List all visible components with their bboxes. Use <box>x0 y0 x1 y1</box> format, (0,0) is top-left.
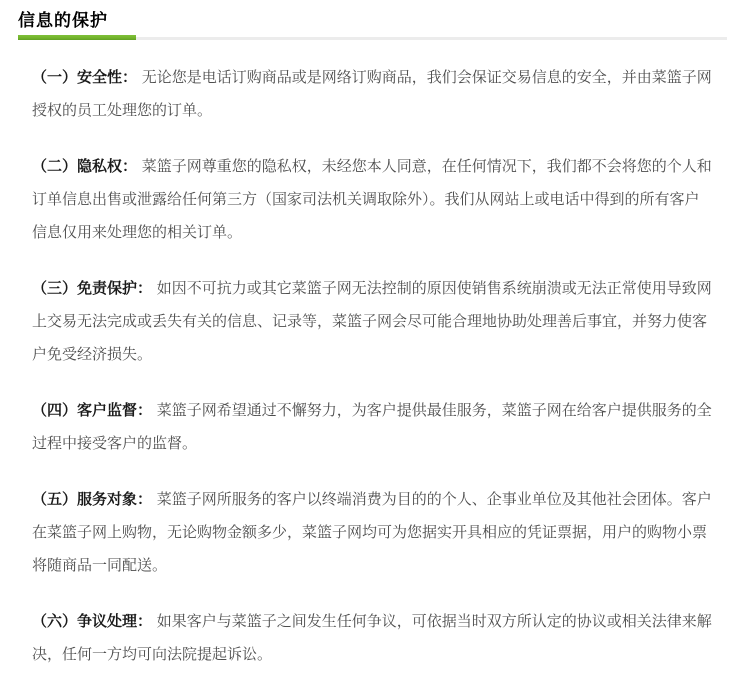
content-area: （一）安全性： 无论您是电话订购商品或是网络订购商品，我们会保证交易信息的安全，… <box>0 41 744 671</box>
clause-dispute-resolution: （六）争议处理： 如果客户与菜篮子之间发生任何争议，可依据当时双方所认定的协议或… <box>32 605 714 671</box>
clause-privacy: （二）隐私权： 菜篮子网尊重您的隐私权，未经您本人同意，在任何情况下，我们都不会… <box>32 150 714 249</box>
clause-dispute-resolution-label: （六）争议处理： <box>32 612 152 630</box>
page-header: 信息的保护 <box>0 0 744 41</box>
clause-service-targets: （五）服务对象： 菜篮子网所服务的客户以终端消费为目的的个人、企事业单位及其他社… <box>32 483 714 582</box>
clause-customer-supervision: （四）客户监督： 菜篮子网希望通过不懈努力，为客户提供最佳服务，菜篮子网在给客户… <box>32 394 714 460</box>
clause-service-targets-label: （五）服务对象： <box>32 490 152 508</box>
clause-security-label: （一）安全性： <box>32 68 137 86</box>
info-protection-page: 信息的保护 （一）安全性： 无论您是电话订购商品或是网络订购商品，我们会保证交易… <box>0 0 744 676</box>
clause-security: （一）安全性： 无论您是电话订购商品或是网络订购商品，我们会保证交易信息的安全，… <box>32 61 714 127</box>
page-title: 信息的保护 <box>18 9 726 33</box>
title-accent-bar <box>18 35 136 40</box>
clause-privacy-label: （二）隐私权： <box>32 157 137 175</box>
clause-disclaimer-label: （三）免责保护： <box>32 279 152 297</box>
clause-customer-supervision-label: （四）客户监督： <box>32 401 152 419</box>
clause-disclaimer: （三）免责保护： 如因不可抗力或其它菜篮子网无法控制的原因使销售系统崩溃或无法正… <box>32 272 714 371</box>
title-underline <box>18 35 727 41</box>
